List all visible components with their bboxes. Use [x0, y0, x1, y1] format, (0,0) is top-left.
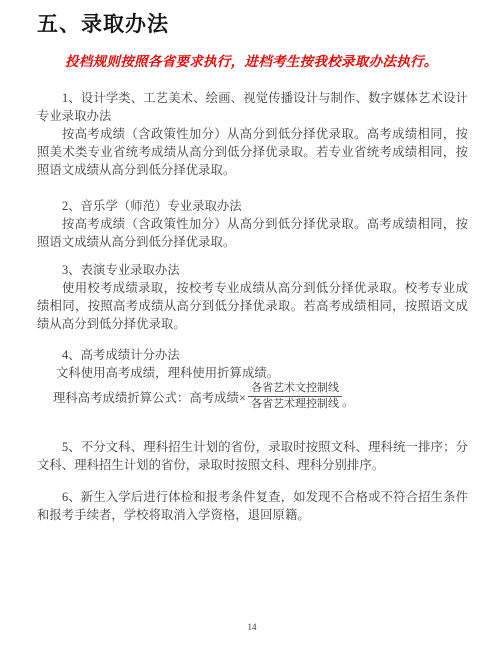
formula-suffix: 。: [342, 392, 354, 411]
document-page: 五、录取办法 投档规则按照各省要求执行，进档考生按我校录取办法执行。 1、设计学…: [0, 0, 504, 646]
score-conversion-formula: 理科高考成绩折算公式：高考成绩× 各省艺术文控制线 各省艺术理控制线 。: [37, 382, 468, 411]
fraction-denominator: 各省艺术理控制线: [248, 396, 342, 411]
page-title: 五、录取办法: [37, 12, 468, 38]
section-2-heading: 2、音乐学（师范）专业录取办法: [37, 197, 468, 215]
formula-prefix: 理科高考成绩折算公式：高考成绩×: [53, 388, 246, 406]
section-1-body: 按高考成绩（含政策性加分）从高分到低分择优录取。高考成绩相同，按照美术类专业省统…: [37, 125, 468, 179]
document-content: 五、录取办法 投档规则按照各省要求执行，进档考生按我校录取办法执行。 1、设计学…: [37, 0, 468, 524]
section-4-heading: 4、高考成绩计分办法: [37, 346, 468, 364]
section-1-heading: 1、设计学类、工艺美术、绘画、视觉传播设计与制作、数字媒体艺术设计专业录取办法: [37, 89, 468, 125]
section-4-line1: 文科使用高考成绩，理科使用折算成绩。: [37, 364, 468, 382]
section-3-body: 使用校考成绩录取，按校考专业成绩从高分到低分择优录取。校考专业成绩相同，按照高考…: [37, 279, 468, 333]
section-2-body: 按高考成绩（含政策性加分）从高分到低分择优录取。高考成绩相同，按照语文成绩从高分…: [37, 215, 468, 251]
formula-fraction: 各省艺术文控制线 各省艺术理控制线: [248, 382, 342, 411]
section-3-heading: 3、表演专业录取办法: [37, 261, 468, 279]
notice-text: 投档规则按照各省要求执行，进档考生按我校录取办法执行。: [37, 53, 468, 70]
section-5-body: 5、不分文科、理科招生计划的省份，录取时按照文科、理科统一排序；分文科、理科招生…: [37, 438, 468, 474]
section-6-body: 6、新生入学后进行体检和报考条件复查，如发现不合格或不符合招生条件和报考手续者，…: [37, 488, 468, 524]
page-number: 14: [0, 622, 504, 632]
fraction-numerator: 各省艺术文控制线: [248, 382, 342, 396]
